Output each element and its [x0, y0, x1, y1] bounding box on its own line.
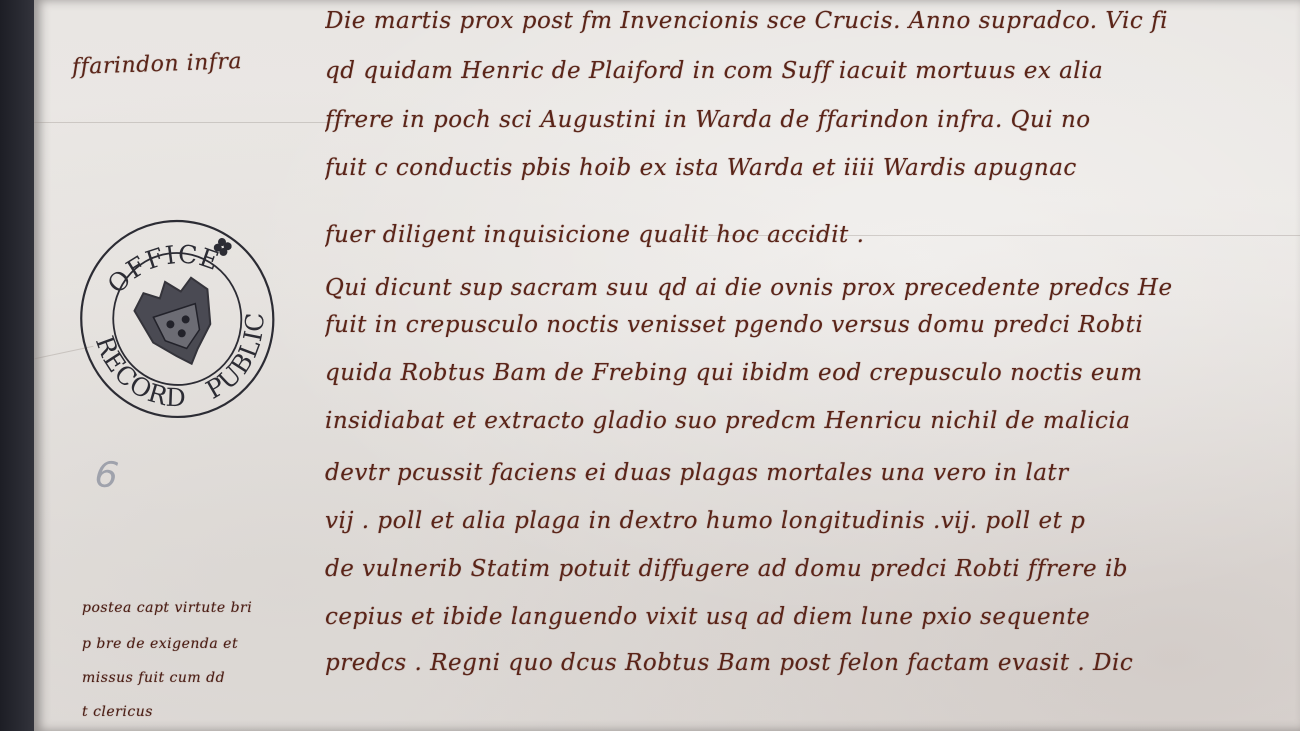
manuscript-line: insidiabat et extracto gladio suo predcm…	[325, 408, 1300, 434]
manuscript-line: qd quidam Henric de Plaiford in com Suff…	[325, 58, 1300, 84]
manuscript-line: Qui dicunt sup sacram suu qd ai die ovni…	[325, 275, 1300, 301]
manuscript-line: ffrere in poch sci Augustini in Warda de…	[325, 107, 1300, 133]
manuscript-line: cepius et ibide languendo vixit usq ad d…	[325, 604, 1300, 630]
stamp-seal-icon: OFFICE RECORD PUBLIC	[58, 198, 295, 435]
margin-note-line: t clericus	[82, 704, 153, 720]
manuscript-line: quida Robtus Bam de Frebing qui ibidm eo…	[325, 360, 1300, 386]
public-record-office-stamp: OFFICE RECORD PUBLIC	[58, 198, 295, 435]
manuscript-photo: ffarindon infra OFFICE RECORD PUBLIC	[0, 0, 1300, 731]
book-binding-edge	[0, 0, 36, 731]
manuscript-line: fuit c conductis pbis hoib ex ista Warda…	[325, 155, 1300, 181]
margin-note-line: p bre de exigenda et	[82, 636, 238, 652]
manuscript-line: Die martis prox post fm Invencionis sce …	[325, 8, 1300, 34]
manuscript-line: fuer diligent inquisicione qualit hoc ac…	[325, 222, 1300, 248]
manuscript-line: de vulnerib Statim potuit diffugere ad d…	[325, 556, 1300, 582]
manuscript-line: predcs . Regni quo dcus Robtus Bam post …	[325, 650, 1300, 676]
manuscript-line: fuit in crepusculo noctis venisset pgend…	[325, 312, 1300, 338]
margin-note-line: missus fuit cum dd	[82, 670, 225, 686]
crown-arms-emblem-icon	[129, 270, 228, 375]
margin-note-line: postea capt virtute bri	[82, 600, 252, 616]
manuscript-line: devtr pcussit faciens ei duas plagas mor…	[325, 460, 1300, 486]
parchment-crease	[34, 122, 364, 123]
manuscript-line: vij . poll et alia plaga in dextro humo …	[325, 508, 1300, 534]
